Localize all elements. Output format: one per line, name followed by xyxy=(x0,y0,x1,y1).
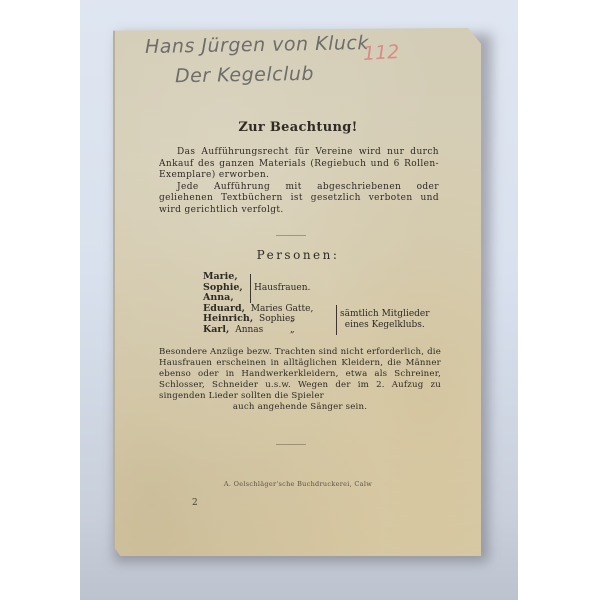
printer-imprint: A. Oelschläger'sche Buchdruckerei, Calw xyxy=(115,480,481,488)
notice-body: Das Aufführungsrecht für Vereine wird nu… xyxy=(159,147,439,216)
ditto-mark: „ xyxy=(290,325,295,336)
cast-name: Eduard, xyxy=(203,303,245,314)
handwritten-author: Hans Jürgen von Kluck xyxy=(145,32,369,58)
cast-name: Karl, xyxy=(203,324,229,335)
cast-row: Karl, Annas „ xyxy=(203,325,313,336)
costume-note-last-line: auch angehende Sänger sein. xyxy=(159,402,441,413)
brace xyxy=(247,274,251,303)
handwritten-title: Der Kegelclub xyxy=(175,63,314,87)
handwritten-number: 112 xyxy=(362,41,399,65)
cast-name: Heinrich, xyxy=(203,313,253,324)
brace xyxy=(333,305,337,335)
members-label-line: eines Kegelklubs. xyxy=(340,320,430,331)
ditto-mark: „ xyxy=(290,314,295,325)
notice-paragraph-1: Das Aufführungsrecht für Vereine wird nu… xyxy=(159,147,439,182)
notice-paragraph-2: Jede Aufführung mit abgeschriebenen oder… xyxy=(159,182,439,217)
cast-name: Marie, xyxy=(203,272,313,283)
members-label-line: sämtlich Mitglieder xyxy=(340,309,430,320)
notice-heading: Zur Beachtung! xyxy=(115,120,481,135)
page-number: 2 xyxy=(192,498,198,508)
costume-note: Besondere Anzüge bezw. Trachten sind nic… xyxy=(159,347,441,413)
divider xyxy=(276,444,306,445)
personen-heading: Personen: xyxy=(115,248,481,262)
booklet-page: Hans Jürgen von Kluck Der Kegelclub 112 … xyxy=(113,28,481,556)
cast-list: Marie, Sophie, Anna, Hausfrauen. Eduard,… xyxy=(203,272,313,335)
cast-role: Annas xyxy=(235,325,263,336)
cast-role: Maries Gatte, xyxy=(251,304,314,315)
costume-note-body: Besondere Anzüge bezw. Trachten sind nic… xyxy=(159,347,441,401)
housewives-label: Hausfrauen. xyxy=(254,283,310,294)
divider xyxy=(276,235,306,236)
housewives-group: Marie, Sophie, Anna, Hausfrauen. Eduard,… xyxy=(203,272,313,335)
members-label: sämtlich Mitglieder eines Kegelklubs. xyxy=(340,309,430,331)
